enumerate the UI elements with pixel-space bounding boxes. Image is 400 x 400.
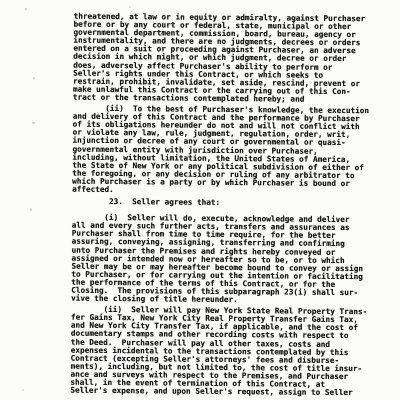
scanned-document-page: threatened, at law or in equity or admir… — [0, 0, 400, 400]
scan-speckle — [22, 389, 24, 391]
paragraph-continuation-claims: threatened, at law or in equity or admir… — [73, 13, 386, 105]
scan-speckle — [30, 208, 32, 211]
scan-speckle — [129, 6, 131, 8]
scan-speckle — [25, 8, 27, 10]
document-text: threatened, at law or in equity or admir… — [70, 13, 385, 398]
clause-ii-transfer-taxes: (ii) Seller will pay New York State Real… — [70, 306, 383, 398]
section-23-heading: 23. Seller agrees that: — [72, 198, 384, 209]
clause-i-further-assurances: (i) Seller will do, execute, acknowledge… — [71, 214, 384, 306]
clause-ii-purchaser-knowledge: (ii) To the best of Purchaser's knowledg… — [72, 105, 385, 197]
scan-speckle — [32, 122, 35, 124]
scan-speckle — [33, 77, 35, 80]
